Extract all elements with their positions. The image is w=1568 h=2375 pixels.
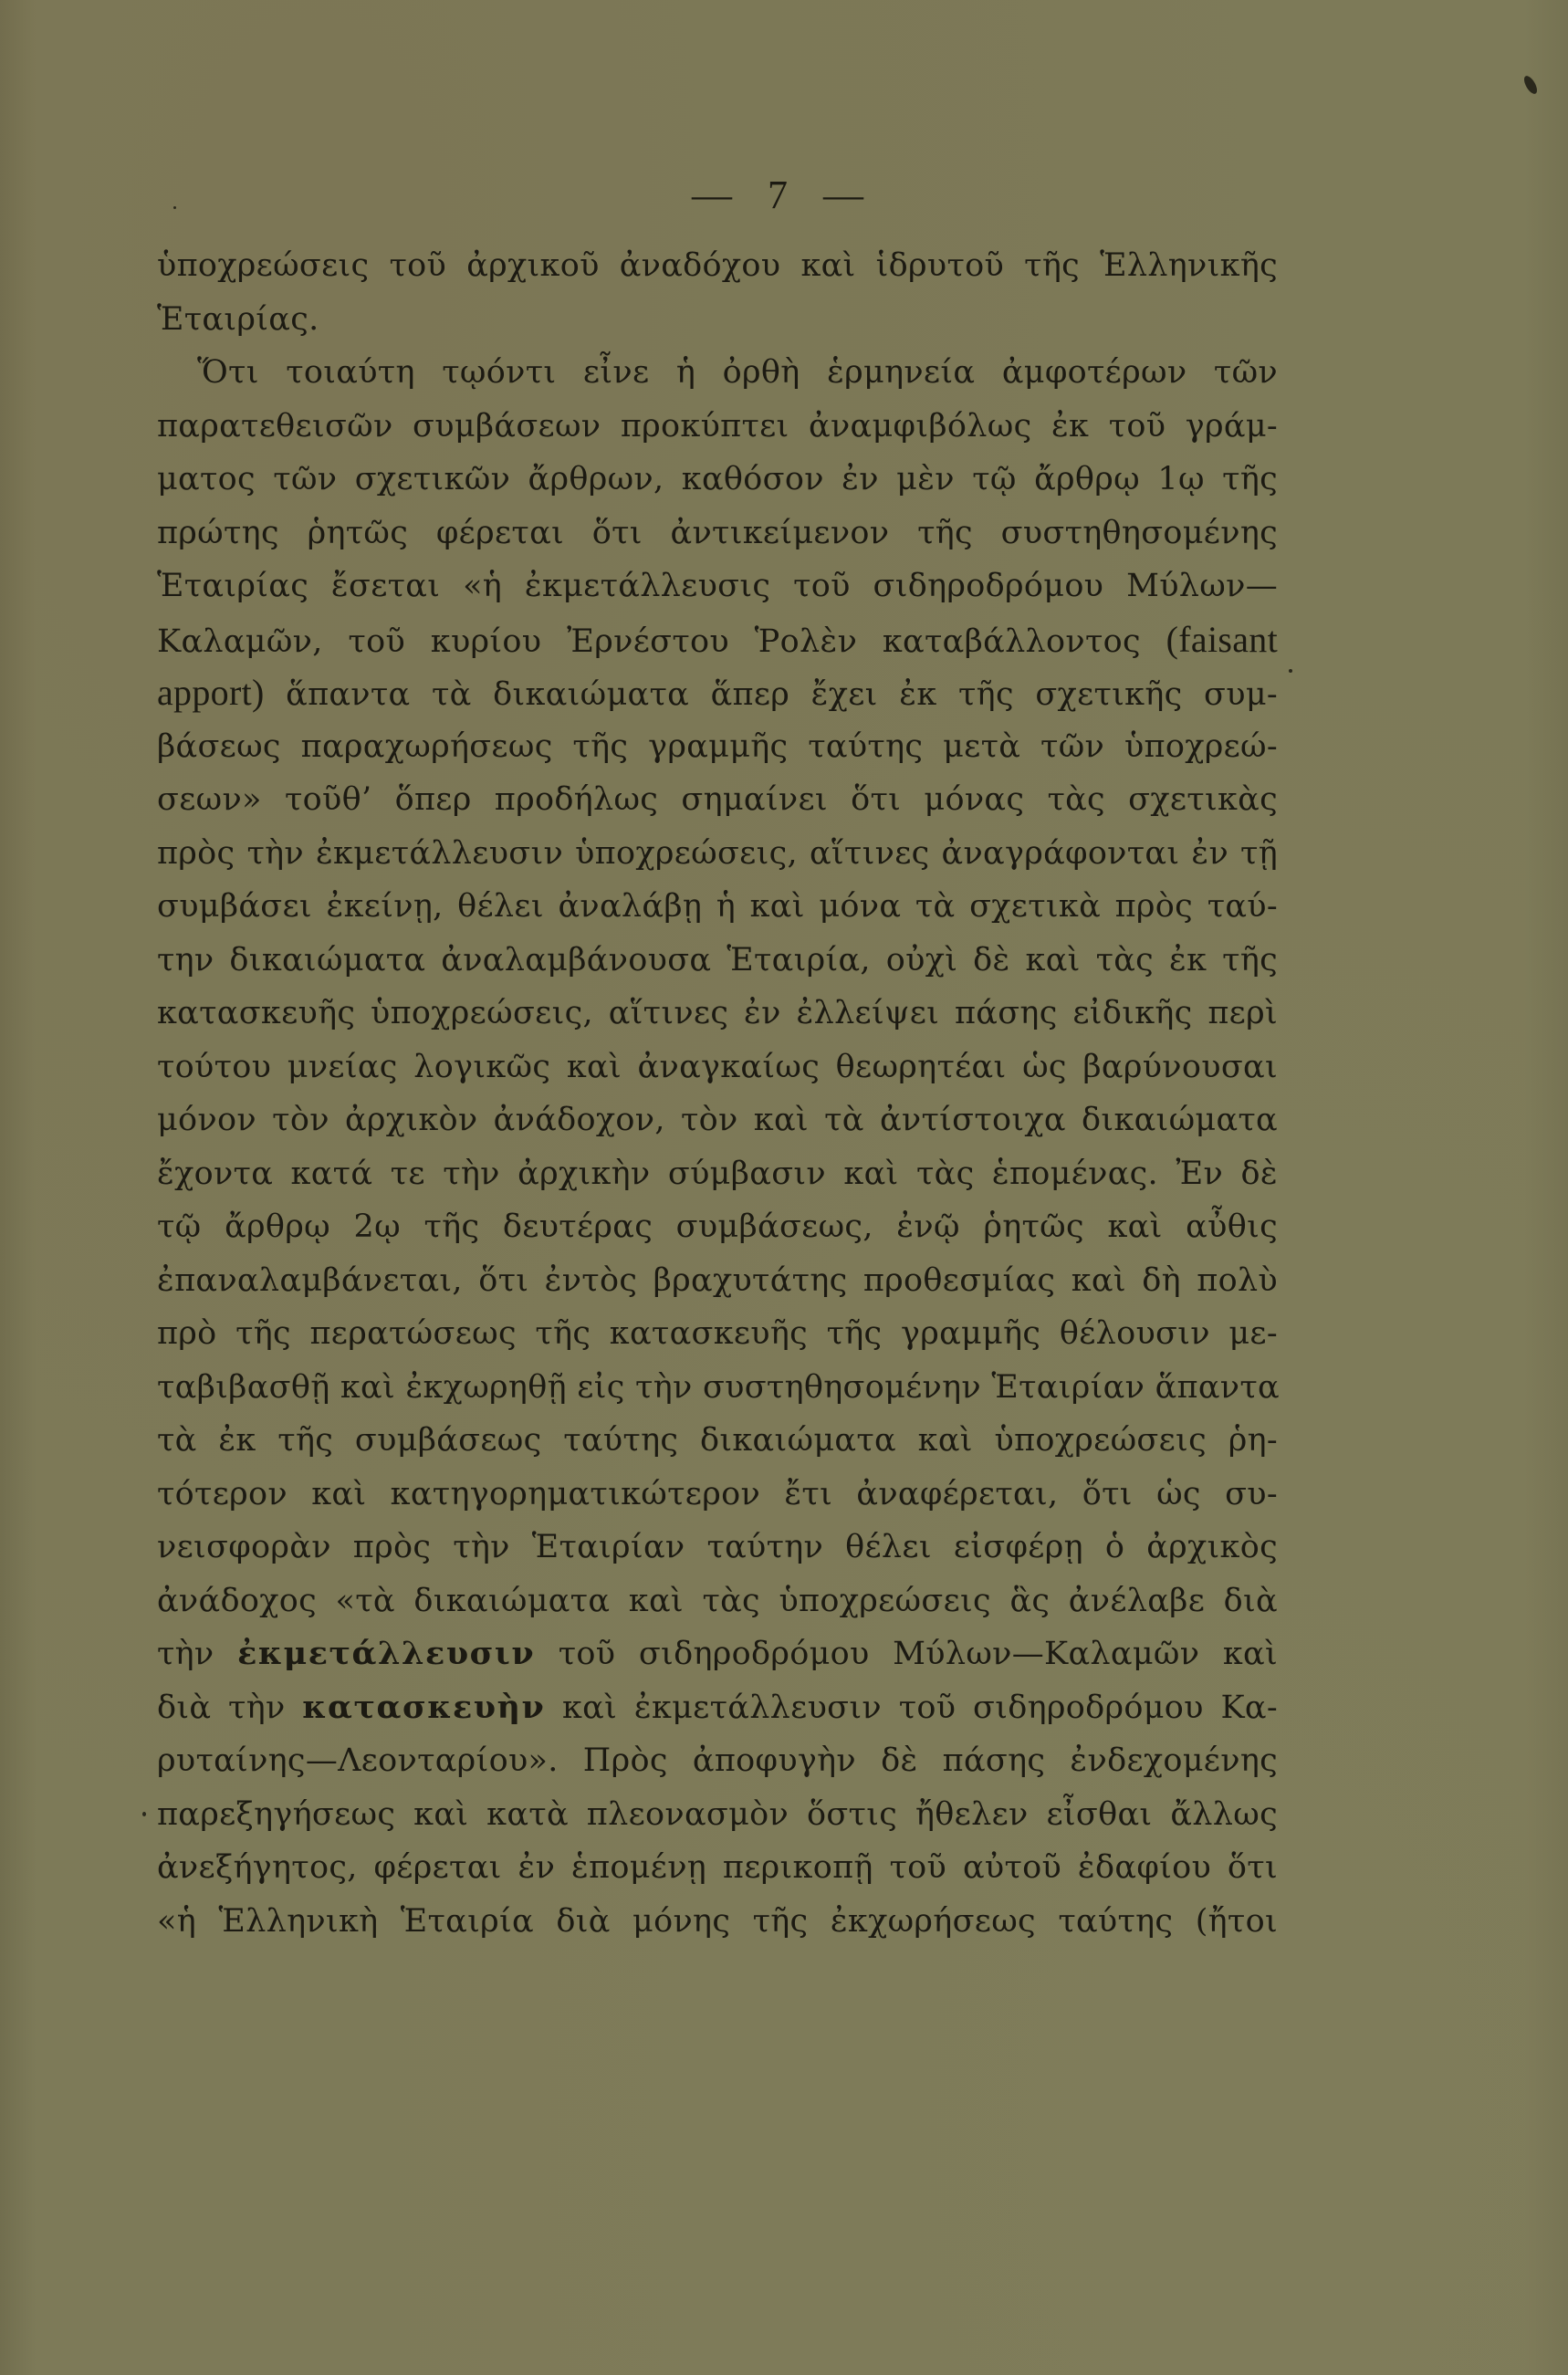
text-segment: Καλαμῶν, τοῦ κυρίου Ἐρνέστου Ῥολὲν καταβ… [157,623,1166,660]
latin-term: apport) [157,672,265,713]
paper-blemish [173,206,176,209]
text-segment: διὰ τὴν [157,1690,302,1726]
text-line: apport) ἅπαντα τὰ δικαιώματα ἅπερ ἔχει ἐ… [157,666,1278,720]
text-line: ἐπαναλαμβάνεται, ὅτι ἐντὸς βραχυτάτης πρ… [157,1254,1278,1308]
text-line: ἀνάδοχος «τὰ δικαιώματα καὶ τὰς ὑποχρεώσ… [157,1575,1278,1628]
text-line: Ἑταιρίας. [157,293,1278,347]
text-line: παρεξηγήσεως καὶ κατὰ πλεονασμὸν ὅστις ἤ… [157,1788,1278,1842]
text-segment: τοῦ σιδηροδρόμου Μύλων—Καλαμῶν καὶ [535,1636,1278,1672]
text-line: νεισφορὰν πρὸς τὴν Ἑταιρίαν ταύτην θέλει… [157,1521,1278,1575]
text-line: ταβιβασθῇ καὶ ἐκχωρηθῇ εἰς τὴν συστηθησο… [157,1361,1278,1415]
latin-term: (faisant [1166,619,1278,660]
text-line: τὴν ἐκμετάλλευσιν τοῦ σιδηροδρόμου Μύλων… [157,1627,1278,1681]
text-line: διὰ τὴν κατασκευὴν καὶ ἐκμετάλλευσιν τοῦ… [157,1681,1278,1735]
text-line: πρὸ τῆς περατώσεως τῆς κατασκευῆς τῆς γρ… [157,1307,1278,1361]
emphasized-term: ἐκμετάλλευσιν [237,1635,535,1672]
paragraph-start-line: Ὅτι τοιαύτη τῳόντι εἶνε ἡ ὀρθὴ ἑρμηνεία … [157,346,1278,400]
text-line: πρὸς τὴν ἐκμετάλλευσιν ὑποχρεώσεις, αἵτι… [157,827,1278,881]
text-line: ὑποχρεώσεις τοῦ ἀρχικοῦ ἀναδόχου καὶ ἱδρ… [157,239,1278,293]
text-line: τὰ ἐκ τῆς συμβάσεως ταύτης δικαιώματα κα… [157,1414,1278,1468]
text-line: τούτου μνείας λογικῶς καὶ ἀναγκαίως θεωρ… [157,1041,1278,1094]
text-line: ἔχοντα κατά τε τὴν ἀρχικὴν σύμβασιν καὶ … [157,1147,1278,1201]
paper-blemish [142,1812,146,1816]
text-line: σεων» τοῦθ’ ὅπερ προδήλως σημαίνει ὅτι μ… [157,773,1278,827]
paper-blemish [1289,669,1292,673]
emphasized-term: κατασκευὴν [302,1689,545,1726]
text-line: βάσεως παραχωρήσεως τῆς γραμμῆς ταύτης μ… [157,720,1278,774]
text-line: πρώτης ῥητῶς φέρεται ὅτι ἀντικείμενον τῆ… [157,507,1278,560]
text-line: παρατεθεισῶν συμβάσεων προκύπτει ἀναμφιβ… [157,400,1278,454]
text-line: Καλαμῶν, τοῦ κυρίου Ἐρνέστου Ῥολὲν καταβ… [157,613,1278,667]
text-line: ρυταίνης—Λεονταρίου». Πρὸς ἀποφυγὴν δὲ π… [157,1734,1278,1788]
text-line: την δικαιώματα ἀναλαμβάνουσα Ἑταιρία, οὐ… [157,934,1278,988]
text-line: συμβάσει ἐκείνῃ, θέλει ἀναλάβῃ ἡ καὶ μόν… [157,880,1278,934]
text-line: τῷ ἄρθρῳ 2ῳ τῆς δευτέρας συμβάσεως, ἐνῷ … [157,1200,1278,1254]
text-line: «ἡ Ἑλληνικὴ Ἑταιρία διὰ μόνης τῆς ἐκχωρή… [157,1895,1278,1949]
text-line: Ἑταιρίας ἔσεται «ἡ ἐκμετάλλευσις τοῦ σιδ… [157,560,1278,613]
text-segment: καὶ ἐκμετάλλευσιν τοῦ σιδηροδρόμου Κα- [545,1690,1278,1726]
text-line: μόνον τὸν ἀρχικὸν ἀνάδοχον, τὸν καὶ τὰ ἀ… [157,1093,1278,1147]
text-segment: τὴν [157,1636,237,1672]
text-line: κατασκευῆς ὑποχρεώσεις, αἵτινες ἐν ἐλλεί… [157,987,1278,1041]
paper-blemish [1521,74,1540,96]
page-number: — 7 — [0,172,1568,218]
body-text: ὑποχρεώσεις τοῦ ἀρχικοῦ ἀναδόχου καὶ ἱδρ… [157,239,1278,1948]
text-line: τότερον καὶ κατηγορηματικώτερον ἔτι ἀναφ… [157,1468,1278,1522]
text-line: ματος τῶν σχετικῶν ἄρθρων, καθόσον ἐν μὲ… [157,453,1278,507]
text-segment: ἅπαντα τὰ δικαιώματα ἅπερ ἔχει ἐκ τῆς σχ… [265,676,1278,713]
text-line: ἀνεξήγητος, φέρεται ἐν ἑπομένῃ περικοπῇ … [157,1841,1278,1895]
